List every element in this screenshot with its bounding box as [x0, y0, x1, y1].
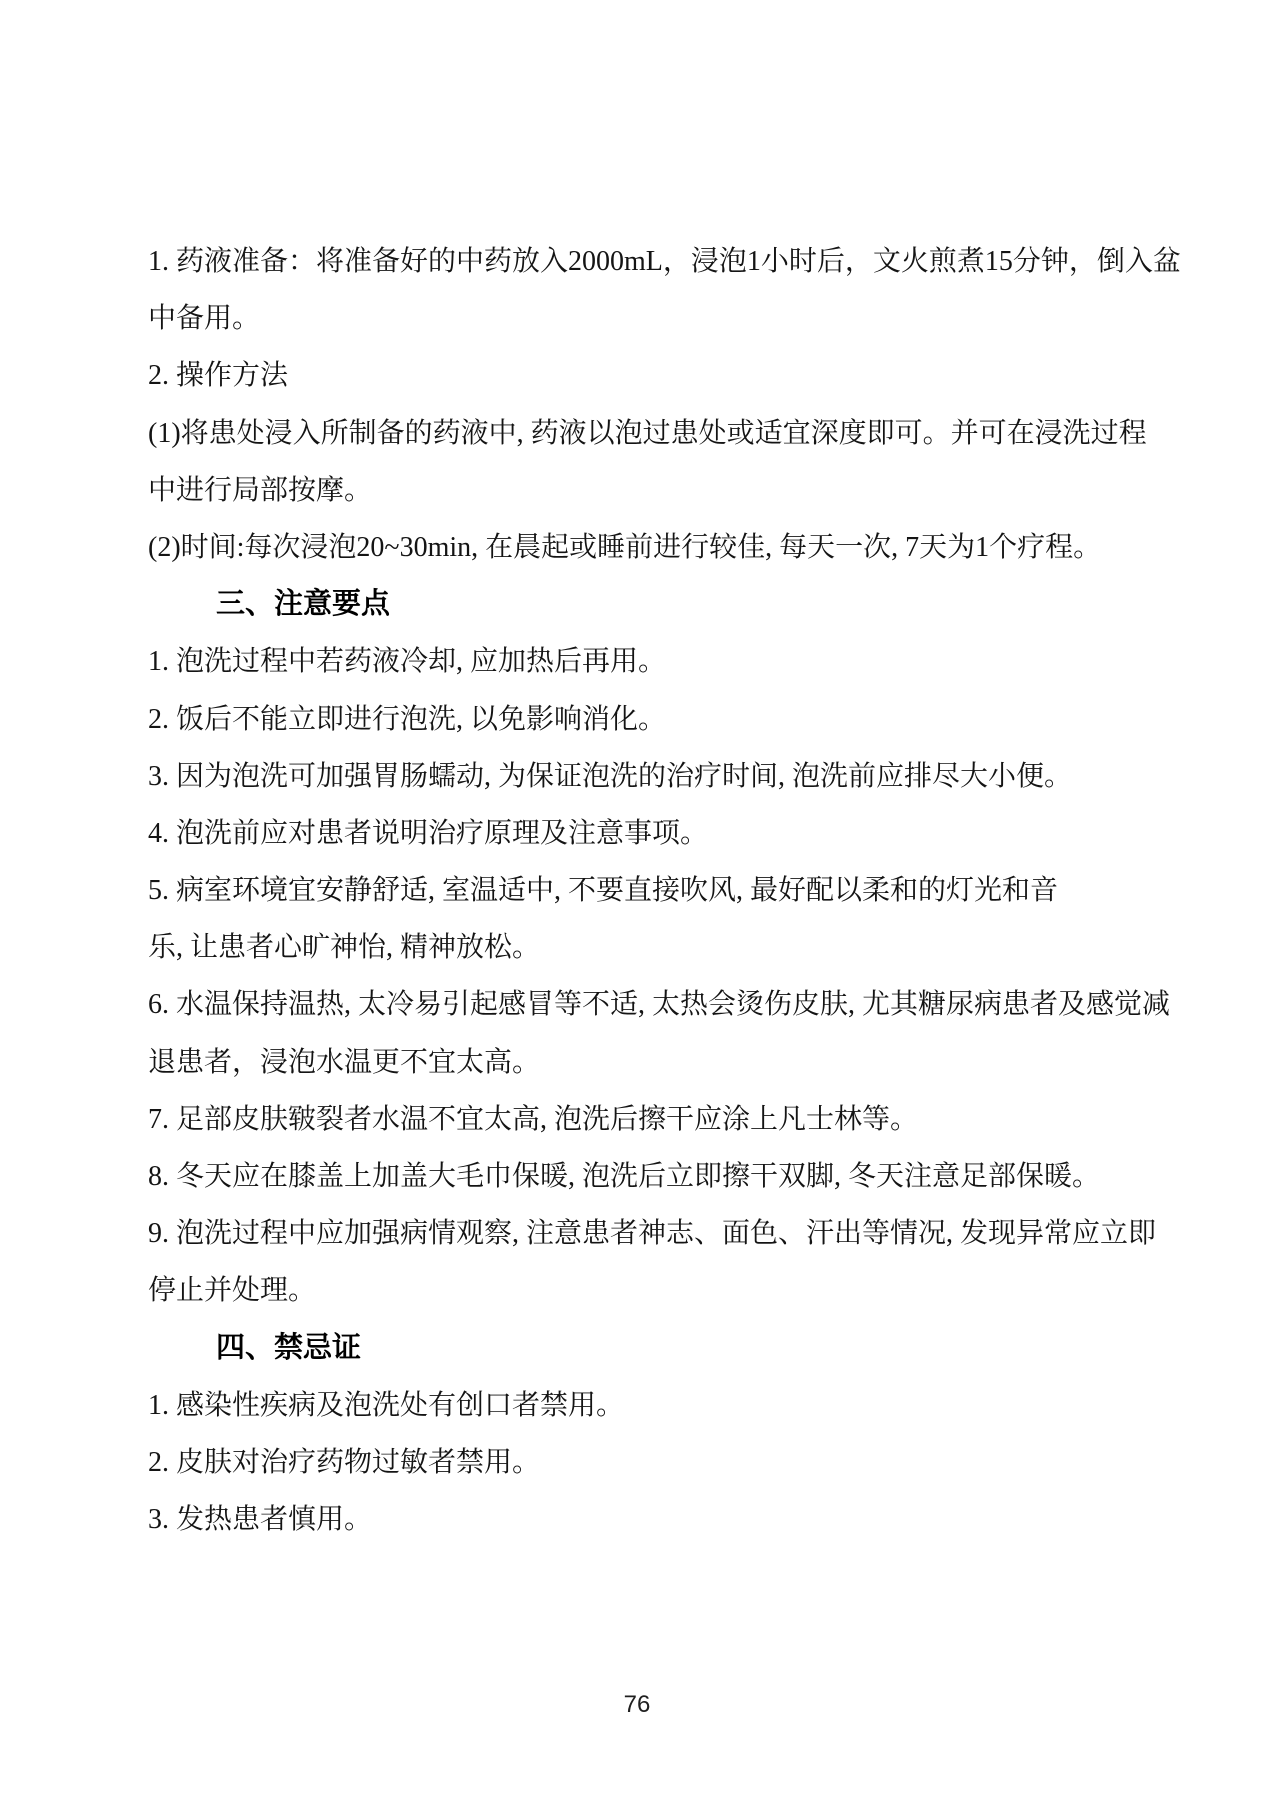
- paragraph-line: 7. 足部皮肤皲裂者水温不宜太高, 泡洗后擦干应涂上凡士林等。: [148, 1091, 1148, 1148]
- paragraph-line: (1)将患处浸入所制备的药液中, 药液以泡过患处或适宜深度即可。并可在浸洗过程: [148, 405, 1148, 462]
- paragraph-line: 乐, 让患者心旷神怡, 精神放松。: [148, 919, 1148, 976]
- paragraph-line: 中备用。: [148, 290, 1148, 347]
- text-block: 1. 药液准备：将准备好的中药放入2000mL，浸泡1小时后，文火煎煮15分钟，…: [148, 233, 1148, 1548]
- paragraph-line: 1. 感染性疾病及泡洗处有创口者禁用。: [148, 1377, 1148, 1434]
- paragraph-line: 4. 泡洗前应对患者说明治疗原理及注意事项。: [148, 805, 1148, 862]
- paragraph-line: 退患者，浸泡水温更不宜太高。: [148, 1034, 1148, 1091]
- section-heading: 四、禁忌证: [148, 1320, 1148, 1377]
- paragraph-line: 1. 药液准备：将准备好的中药放入2000mL，浸泡1小时后，文火煎煮15分钟，…: [148, 233, 1148, 290]
- paragraph-line: 2. 操作方法: [148, 347, 1148, 404]
- paragraph-line: 1. 泡洗过程中若药液冷却, 应加热后再用。: [148, 633, 1148, 690]
- paragraph-line: 9. 泡洗过程中应加强病情观察, 注意患者神志、面色、汗出等情况, 发现异常应立…: [148, 1205, 1148, 1262]
- paragraph-line: 3. 因为泡洗可加强胃肠蠕动, 为保证泡洗的治疗时间, 泡洗前应排尽大小便。: [148, 748, 1148, 805]
- paragraph-line: (2)时间:每次浸泡20~30min, 在晨起或睡前进行较佳, 每天一次, 7天…: [148, 519, 1148, 576]
- section-heading: 三、注意要点: [148, 576, 1148, 633]
- paragraph-line: 中进行局部按摩。: [148, 462, 1148, 519]
- paragraph-line: 5. 病室环境宜安静舒适, 室温适中, 不要直接吹风, 最好配以柔和的灯光和音: [148, 862, 1148, 919]
- page-number: 76: [0, 1691, 1274, 1719]
- paragraph-line: 2. 饭后不能立即进行泡洗, 以免影响消化。: [148, 691, 1148, 748]
- document-page: 1. 药液准备：将准备好的中药放入2000mL，浸泡1小时后，文火煎煮15分钟，…: [0, 0, 1274, 1801]
- paragraph-line: 8. 冬天应在膝盖上加盖大毛巾保暖, 泡洗后立即擦干双脚, 冬天注意足部保暖。: [148, 1148, 1148, 1205]
- paragraph-line: 6. 水温保持温热, 太冷易引起感冒等不适, 太热会烫伤皮肤, 尤其糖尿病患者及…: [148, 976, 1148, 1033]
- paragraph-line: 2. 皮肤对治疗药物过敏者禁用。: [148, 1434, 1148, 1491]
- paragraph-line: 3. 发热患者慎用。: [148, 1491, 1148, 1548]
- paragraph-line: 停止并处理。: [148, 1262, 1148, 1319]
